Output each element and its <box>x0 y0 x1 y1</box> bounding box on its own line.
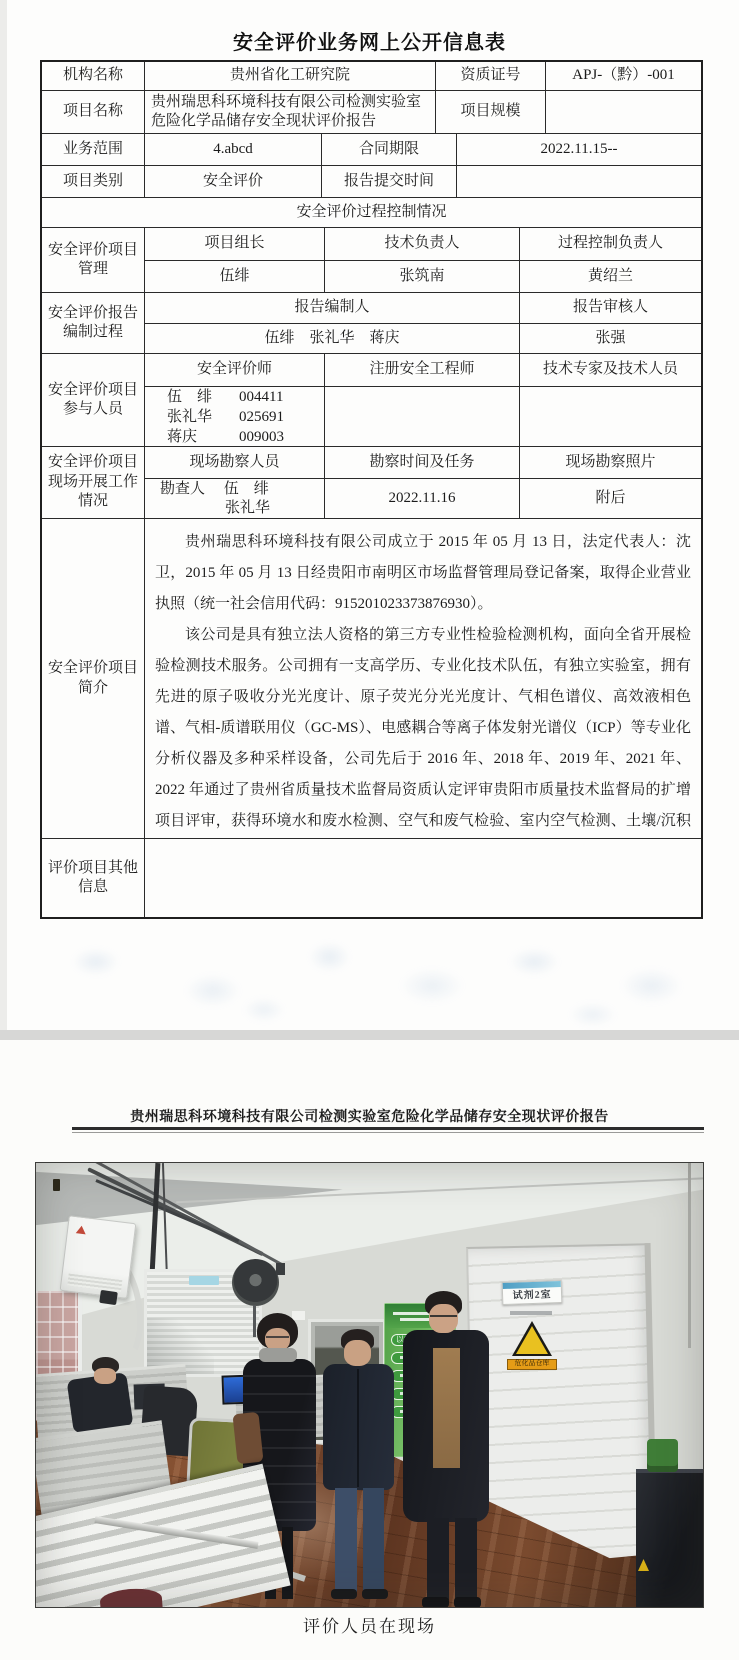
ac-logo <box>76 1225 87 1234</box>
fan-mount <box>276 1263 285 1275</box>
warning-label: 危化品仓库 <box>507 1359 557 1370</box>
right-man-pants <box>427 1518 449 1600</box>
assessor-no: 025691 <box>239 407 284 427</box>
submit-time-value <box>457 166 701 198</box>
assessor-name: 张礼华 <box>167 407 239 427</box>
other-info-label: 评价项目其他信息 <box>42 839 145 917</box>
center-man-zipper <box>357 1369 359 1487</box>
tech-head-value: 张筑南 <box>325 261 520 293</box>
contract-period-label: 合同期限 <box>322 134 457 166</box>
org-name-value: 贵州省化工研究院 <box>145 62 436 91</box>
air-conditioner <box>60 1215 137 1299</box>
surveyors-header: 现场勘察人员 <box>145 447 325 479</box>
assessor-header: 安全评价师 <box>145 354 325 387</box>
page2-header: 贵州瑞思科环境科技有限公司检测实验室危险化学品储存安全现状评价报告 <box>0 1106 739 1126</box>
report-editor-header: 报告编制人 <box>145 293 520 324</box>
scan-edge-artifact <box>0 0 7 1030</box>
table-row-group: 安全评价报告编制过程 报告编制人 报告审核人 伍绯 张礼华 蒋庆 张强 <box>42 293 701 354</box>
scanned-document: 安全评价业务网上公开信息表 机构名称 贵州省化工研究院 资质证号 APJ-（黔）… <box>0 0 739 1660</box>
assessor-entry: 张礼华 025691 <box>167 407 284 427</box>
business-scope-value: 4.abcd <box>145 134 322 166</box>
center-man-shoe <box>362 1589 388 1599</box>
assessor-entry: 蒋庆 009003 <box>167 427 284 447</box>
dark-cabinet <box>636 1469 704 1608</box>
cert-no-value: APJ-（黔）-001 <box>546 62 701 91</box>
table-row-group: 安全评价项目管理 项目组长 技术负责人 过程控制负责人 伍绯 张筑南 黄绍兰 <box>42 228 701 293</box>
page-divider <box>0 1030 739 1040</box>
site-photo: 以客户为中心 试剂2室 危化品仓库 <box>35 1162 704 1608</box>
center-man-shoe <box>331 1589 357 1599</box>
project-leader-value: 伍绯 <box>145 261 325 293</box>
fan-pole <box>253 1305 256 1337</box>
contract-period-value: 2022.11.15-- <box>457 134 701 166</box>
surveyor-line: 张礼华 <box>148 499 270 518</box>
intro-text: 贵州瑞思科环境科技有限公司成立于 2015 年 05 月 13 日，法定代表人：… <box>145 519 701 839</box>
header-rule <box>72 1127 704 1133</box>
project-scale-value <box>546 91 701 134</box>
right-man-shoe <box>454 1597 481 1608</box>
assessor-no: 009003 <box>239 427 284 447</box>
table-row: 评价项目其他信息 <box>42 839 701 917</box>
wall-plate <box>292 1311 305 1320</box>
other-info-value <box>145 839 701 917</box>
woman-glasses <box>266 1336 289 1339</box>
business-scope-label: 业务范围 <box>42 134 145 166</box>
ac-vent <box>67 1274 122 1292</box>
table-row: 安全评价项目简介 贵州瑞思科环境科技有限公司成立于 2015 年 05 月 13… <box>42 519 701 839</box>
wall-fan <box>232 1259 279 1306</box>
survey-photo-value: 附后 <box>520 479 701 519</box>
surveyors-value: 勘查人 伍 绯 张礼华 <box>145 479 325 519</box>
surveyor-line: 勘查人 伍 绯 <box>148 480 269 499</box>
right-man-face <box>429 1304 458 1333</box>
warning-glyph <box>53 1179 60 1191</box>
table-row: 机构名称 贵州省化工研究院 资质证号 APJ-（黔）-001 <box>42 62 701 91</box>
center-man-jeans <box>335 1488 357 1592</box>
photo-caption: 评价人员在现场 <box>0 1612 739 1637</box>
project-scale-label: 项目规模 <box>436 91 546 134</box>
experts-header: 技术专家及技术人员 <box>520 354 701 387</box>
info-table: 机构名称 贵州省化工研究院 资质证号 APJ-（黔）-001 项目名称 贵州瑞思… <box>40 60 703 919</box>
survey-photo-header: 现场勘察照片 <box>520 447 701 479</box>
intro-paragraph: 贵州瑞思科环境科技有限公司成立于 2015 年 05 月 13 日，法定代表人：… <box>155 527 691 620</box>
green-box <box>647 1439 678 1472</box>
wall-camera <box>99 1290 118 1305</box>
process-head-value: 黄绍兰 <box>520 261 701 293</box>
registered-engineer-value <box>325 387 520 447</box>
cert-no-label: 资质证号 <box>436 62 546 91</box>
room-name-sign: 试剂2室 <box>502 1280 563 1305</box>
table-row: 业务范围 4.abcd 合同期限 2022.11.15-- <box>42 134 701 166</box>
assessor-name: 伍 绯 <box>167 387 239 407</box>
report-reviewer-header: 报告审核人 <box>520 293 701 324</box>
table-row: 安全评价过程控制情况 <box>42 198 701 228</box>
woman-bag <box>232 1412 263 1464</box>
project-name-value: 贵州瑞思科环境科技有限公司检测实验室危险化学品储存安全现状评价报告 <box>145 91 436 134</box>
table-row-group: 安全评价项目现场开展工作情况 现场勘察人员 勘察时间及任务 现场勘察照片 勘查人… <box>42 447 701 519</box>
room-name-text: 试剂2室 <box>503 1287 561 1304</box>
registered-engineer-header: 注册安全工程师 <box>325 354 520 387</box>
project-category-value: 安全评价 <box>145 166 322 198</box>
process-head-header: 过程控制负责人 <box>520 228 701 261</box>
assessor-entry: 伍 绯 004411 <box>167 387 283 407</box>
submit-time-label: 报告提交时间 <box>322 166 457 198</box>
table-row: 项目类别 安全评价 报告提交时间 <box>42 166 701 198</box>
assessor-list: 伍 绯 004411 张礼华 025691 蒋庆 009003 <box>145 387 325 447</box>
tech-head-header: 技术负责人 <box>325 228 520 261</box>
report-row-label: 安全评价报告编制过程 <box>42 293 145 354</box>
right-man-sweater <box>433 1348 460 1468</box>
table-row-group: 安全评价项目参与人员 安全评价师 注册安全工程师 技术专家及技术人员 伍 绯 0… <box>42 354 701 447</box>
project-category-label: 项目类别 <box>42 166 145 198</box>
report-reviewer-value: 张强 <box>520 324 701 354</box>
window-sticker <box>189 1276 219 1285</box>
wall-corner <box>688 1163 691 1348</box>
project-name-label: 项目名称 <box>42 91 145 134</box>
assessor-no: 004411 <box>239 387 283 407</box>
right-man-pants <box>455 1518 477 1600</box>
site-row-label: 安全评价项目现场开展工作情况 <box>42 447 145 519</box>
sign-subtext <box>510 1311 552 1315</box>
management-row-label: 安全评价项目管理 <box>42 228 145 293</box>
woman-scarf <box>259 1348 297 1362</box>
page-bleed-through <box>8 933 739 1029</box>
intro-row-label: 安全评价项目简介 <box>42 519 145 839</box>
center-man-face <box>344 1340 371 1366</box>
intro-paragraph: 该公司是具有独立法人资格的第三方专业性检验检测机构，面向全省开展检验检测技术服务… <box>155 620 691 839</box>
experts-value <box>520 387 701 447</box>
survey-time-header: 勘察时间及任务 <box>325 447 520 479</box>
right-man-glasses <box>430 1315 457 1318</box>
report-editor-value: 伍绯 张礼华 蒋庆 <box>145 324 520 354</box>
participants-row-label: 安全评价项目参与人员 <box>42 354 145 447</box>
center-man-jeans <box>363 1488 384 1592</box>
table-row: 项目名称 贵州瑞思科环境科技有限公司检测实验室危险化学品储存安全现状评价报告 项… <box>42 91 701 134</box>
right-man-shoe <box>422 1597 449 1608</box>
project-leader-header: 项目组长 <box>145 228 325 261</box>
assessor-name: 蒋庆 <box>167 427 239 447</box>
process-control-header: 安全评价过程控制情况 <box>42 198 701 228</box>
seated-person-face <box>94 1368 116 1384</box>
survey-time-value: 2022.11.16 <box>325 479 520 519</box>
page-title: 安全评价业务网上公开信息表 <box>0 26 739 55</box>
org-name-label: 机构名称 <box>42 62 145 91</box>
